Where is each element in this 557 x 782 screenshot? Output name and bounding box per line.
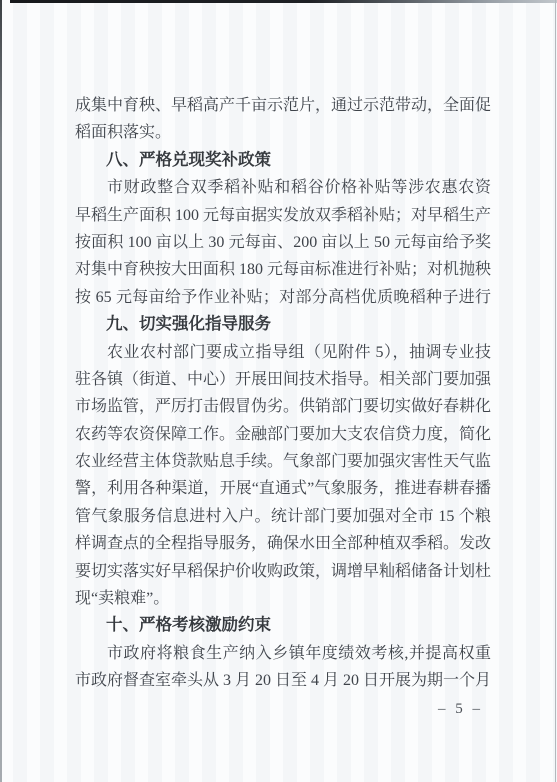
section-heading: 十、严格考核激励约束 [75,612,491,639]
scan-top-edge-artifact [10,0,557,3]
text-line: 农业经营主体贷款贴息手续。气象部门要加强灾害性天气监测预 [75,448,491,475]
text-line: 市政府将粮食生产纳入乡镇年度绩效考核,并提高权重比例。 [75,640,491,667]
text-line: 要切实落实好早稻保护价收购政策，调增早籼稻储备计划杜绝出 [75,558,491,585]
text-line: 警，利用各种渠道，开展“直通式”气象服务，推进春耕春播春 [75,475,491,502]
text-line: 样调查点的全程指导服务，确保水田全部种植双季稻。发改部门 [75,530,491,557]
text-line: 按 65 元每亩给予作业补贴；对部分高档优质晚稻种子进行补贴。 [75,284,491,311]
text-line: 市财政整合双季稻补贴和稻谷价格补贴等涉农惠农资金，按 [75,174,491,201]
text-line: 市政府督查室牵头从 3 月 20 日至 4 月 20 日开展为期一个月的专 [75,667,491,694]
text-line: 成集中育秧、早稻高产千亩示范片，通过示范带动，全面促进早 [75,92,491,119]
scan-left-edge-artifact [0,0,2,782]
text-line: 驻各镇（街道、中心）开展田间技术指导。相关部门要加强农资 [75,366,491,393]
text-line: 早稻生产面积 100 元每亩据实发放双季稻补贴；对早稻生产大户 [75,202,491,229]
scan-right-edge-artifact [555,0,556,782]
section-heading: 九、切实强化指导服务 [75,311,491,338]
text-line: 农药等农资保障工作。金融部门要加大支农信贷力度，简化新型 [75,421,491,448]
page-number: – 5 – [438,701,483,718]
text-line: 现“卖粮难”。 [75,585,491,612]
section-heading: 八、严格兑现奖补政策 [75,147,491,174]
text-line: 管气象服务信息进村入户。统计部门要加强对全市 15 个粮食抽 [75,503,491,530]
text-line: 稻面积落实。 [75,119,491,146]
text-line: 农业农村部门要成立指导组（见附件 5），抽调专业技术骨干 [75,339,491,366]
document-body: 成集中育秧、早稻高产千亩示范片，通过示范带动，全面促进早稻面积落实。八、严格兑现… [75,92,491,695]
text-line: 对集中育秧按大田面积 180 元每亩标准进行补贴；对机抛秧大田 [75,256,491,283]
text-line: 按面积 100 亩以上 30 元每亩、200 亩以上 50 元每亩给予奖励； [75,229,491,256]
text-line: 市场监管，严厉打击假冒伪劣。供销部门要切实做好春耕化肥、 [75,393,491,420]
scanned-document-page: 成集中育秧、早稻高产千亩示范片，通过示范带动，全面促进早稻面积落实。八、严格兑现… [0,0,557,782]
